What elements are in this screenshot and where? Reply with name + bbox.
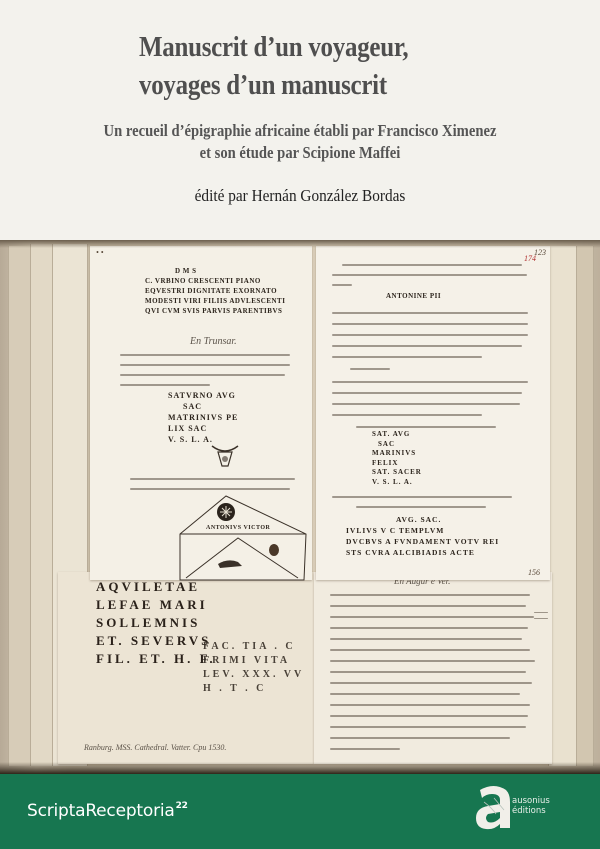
stele-drawing bbox=[178, 494, 308, 584]
cover-footer: ScriptaReceptoria22 ausonius éditions bbox=[0, 774, 600, 849]
publisher-logo: ausonius éditions bbox=[474, 784, 574, 830]
left-heading: En Trunsar. bbox=[190, 336, 237, 347]
book-title: Manuscrit d’un voyageur, voyages d’un ma… bbox=[139, 28, 483, 104]
left-inscription-1: D M S C. VRBINO CRESCENTI PIANO EQVESTRI… bbox=[145, 266, 285, 316]
manuscript-photo: AQVILETAE LEFAE MARI SOLLEMNIS ET. SEVER… bbox=[0, 240, 600, 774]
stele-label: ANTONIVS VICTOR bbox=[206, 522, 270, 534]
cover-header: Manuscrit d’un voyageur, voyages d’un ma… bbox=[0, 0, 600, 240]
right-page: 123 174 ANTONINE PII SAT. AVG SAC MARINI… bbox=[316, 246, 550, 580]
book-cover: Manuscrit d’un voyageur, voyages d’un ma… bbox=[0, 0, 600, 849]
publisher-name: ausonius éditions bbox=[512, 796, 550, 816]
left-corner-mark: • • bbox=[96, 248, 104, 257]
editor-credit: édité par Hernán González Bordas bbox=[30, 186, 570, 206]
bull-head-drawing bbox=[210, 442, 240, 472]
page-stack-right-2 bbox=[576, 246, 594, 766]
lower-right-sheet: En Augur e Ver. bbox=[314, 572, 552, 764]
page-stack-left-2 bbox=[30, 244, 54, 766]
right-folio: 156 bbox=[528, 568, 540, 577]
series-number: 22 bbox=[176, 801, 188, 811]
lower-left-caption: Ranburg. MSS. Cathedral. Vatter. Cpu 153… bbox=[84, 742, 226, 753]
page-stack-left bbox=[8, 246, 32, 766]
right-page-number-red: 174 bbox=[524, 254, 536, 263]
series-title: ScriptaReceptoria22 bbox=[27, 801, 188, 821]
title-line-1: Manuscrit d’un voyageur, bbox=[139, 28, 483, 66]
series-name: ScriptaReceptoria bbox=[27, 801, 175, 821]
subtitle-line-1: Un recueil d’épigraphie africaine établi… bbox=[42, 120, 558, 142]
lower-left-sheet: AQVILETAE LEFAE MARI SOLLEMNIS ET. SEVER… bbox=[58, 572, 314, 764]
lower-left-mirrored-text: FAC. TIA . C FRIMI VITA LEV. XXX. VV H .… bbox=[203, 640, 304, 696]
subtitle-line-2: et son étude par Scipione Maffei bbox=[42, 142, 558, 164]
right-heading: ANTONINE PII bbox=[386, 290, 441, 302]
left-page: • • D M S C. VRBINO CRESCENTI PIANO EQVE… bbox=[90, 246, 312, 580]
right-inscription-1: SAT. AVG SAC MARINIVS FELIX SAT. SACER V… bbox=[372, 430, 422, 487]
book-subtitle: Un recueil d’épigraphie africaine établi… bbox=[0, 120, 600, 164]
title-line-2: voyages d’un manuscrit bbox=[139, 66, 483, 104]
right-inscription-2: AVG. SAC. IVLIVS V C TEMPLVM DVCBVS A FV… bbox=[346, 514, 499, 558]
lower-left-inscription: AQVILETAE LEFAE MARI SOLLEMNIS ET. SEVER… bbox=[96, 578, 216, 668]
left-inscription-2: SATVRNO AVG SAC MATRINIVS PE LIX SAC V. … bbox=[168, 390, 238, 445]
ausonius-a-icon bbox=[474, 784, 514, 830]
